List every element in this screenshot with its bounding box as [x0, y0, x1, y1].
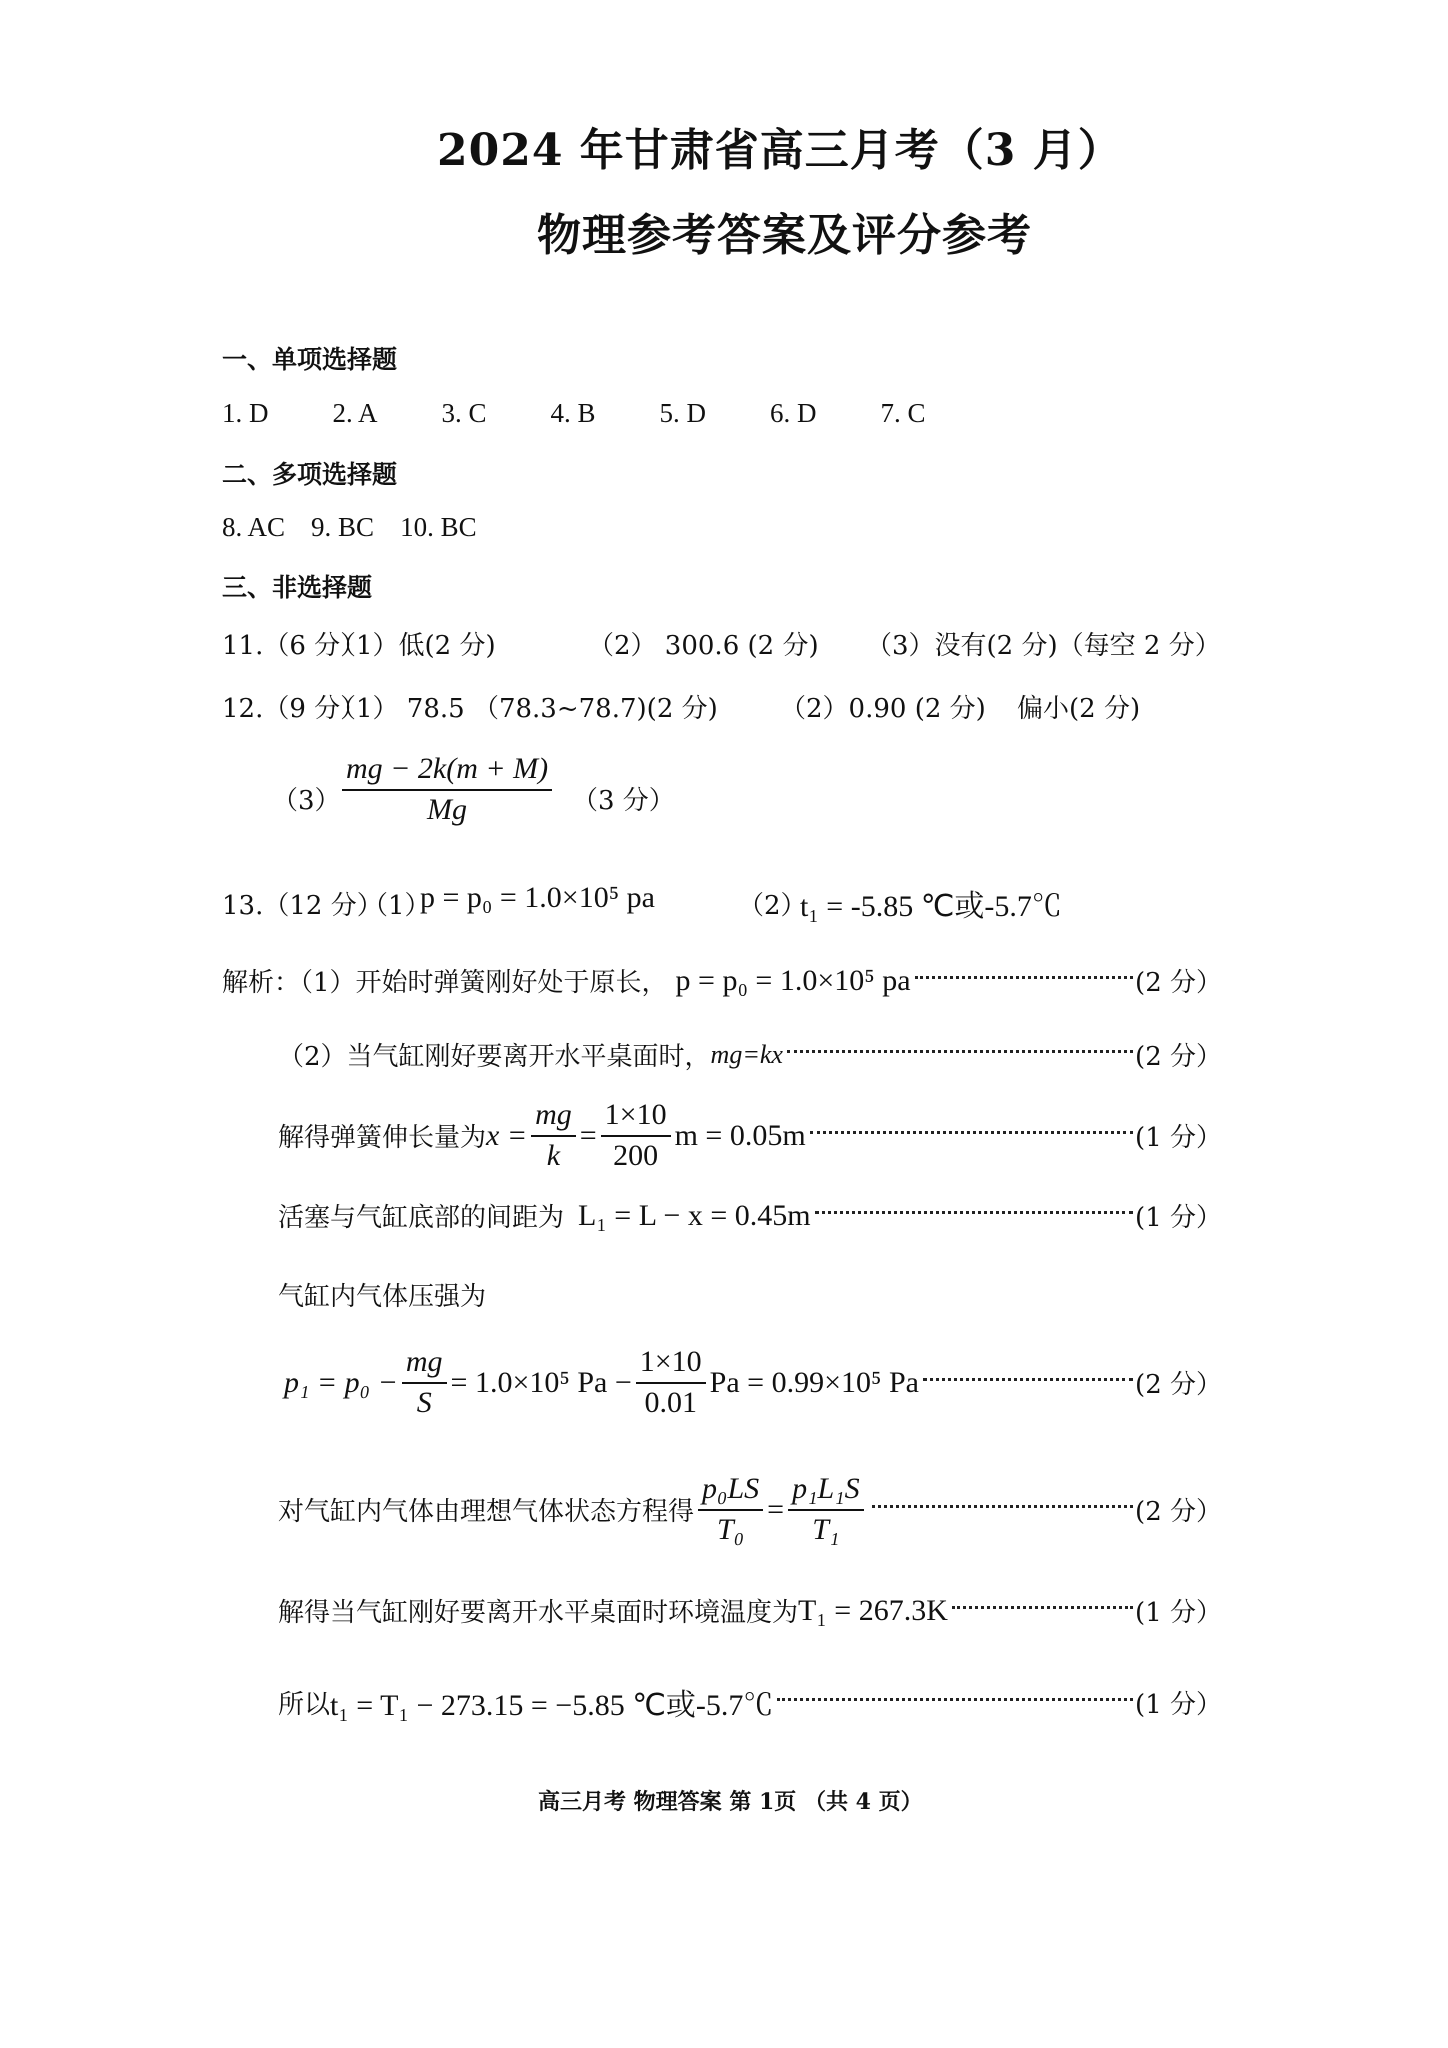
leader-dots	[952, 1606, 1133, 1609]
q12-part3-label: （3）	[272, 780, 341, 817]
analysis-line-7: 对气缸内气体由理想气体状态方程得 p₀LS T₀ = p₁L₁S T₁ (2 分…	[278, 1472, 1222, 1547]
q13-part2-answer: t₁ = -5.85 ℃或-5.7℃	[800, 881, 1062, 925]
analysis-4-text: 活塞与气缸底部的间距为	[278, 1197, 564, 1234]
single-choice-answers: 1. D2. A3. C4. B5. D6. D7. C	[222, 398, 990, 429]
analysis-line-1: 解析：（1）开始时弹簧刚好处于原长， p = p₀ = 1.0×10⁵ pa (…	[222, 962, 1222, 999]
q11-part1: （1）低(2 分)	[330, 625, 496, 662]
q11-part2: （2） 300.6 (2 分)	[588, 625, 819, 662]
answer-4: 4. B	[551, 398, 596, 429]
q13-part2-label: （2）	[738, 885, 807, 922]
fraction-denominator: S	[417, 1384, 432, 1421]
analysis-7-score: (2 分）	[1135, 1491, 1222, 1528]
leader-dots	[787, 1050, 1133, 1053]
answer-7: 7. C	[881, 398, 926, 429]
q12-part1: （1） 78.5 （78.3~78.7)(2 分)	[330, 688, 718, 725]
analysis-line-9: 所以 t₁ = T₁ − 273.15 = −5.85 ℃或-5.7℃ (1 分…	[278, 1680, 1222, 1724]
analysis-1-text: 解析：（1）开始时弹簧刚好处于原长，	[222, 962, 668, 999]
analysis-line-4: 活塞与气缸底部的间距为 L₁ = L − x = 0.45m (1 分）	[278, 1197, 1222, 1234]
analysis-2-text: （2）当气缸刚好要离开水平桌面时，	[278, 1036, 711, 1073]
leader-dots	[815, 1211, 1133, 1214]
fraction-numerator: mg	[531, 1098, 576, 1137]
leader-dots	[810, 1131, 1133, 1134]
analysis-3-text: 解得弹簧伸长量为	[278, 1117, 486, 1154]
multi-choice-answers: 8. AC9. BC10. BC	[222, 512, 503, 543]
section-heading-multi-choice: 二、多项选择题	[222, 455, 397, 491]
q11-part3: （3）没有(2 分)（每空 2 分）	[866, 625, 1221, 662]
analysis-6-math-mid: = 1.0×10⁵ Pa −	[451, 1366, 632, 1400]
answer-3: 3. C	[442, 398, 487, 429]
analysis-line-8: 解得当气缸刚好要离开水平桌面时环境温度为 T₁ = 267.3K (1 分）	[278, 1592, 1222, 1629]
leader-dots	[915, 976, 1134, 979]
answer-8: 8. AC	[222, 512, 285, 543]
answer-9: 9. BC	[311, 512, 374, 543]
analysis-6-math-pre: p₁ = p₀ −	[284, 1366, 398, 1400]
analysis-7-math-mid: =	[767, 1493, 784, 1527]
q12-part2b: 偏小(2 分)	[1017, 688, 1140, 725]
q12-part3-score: （3 分）	[572, 780, 675, 817]
fraction-denominator: T₁	[812, 1511, 839, 1548]
answer-2: 2. A	[333, 398, 378, 429]
leader-dots	[923, 1378, 1133, 1381]
analysis-7-text: 对气缸内气体由理想气体状态方程得	[278, 1491, 694, 1528]
analysis-3-math-pre: x =	[486, 1119, 527, 1153]
q12-part2: （2）0.90 (2 分)	[780, 688, 986, 725]
analysis-1-math: p = p₀ = 1.0×10⁵ pa	[676, 964, 911, 998]
analysis-2-score: (2 分）	[1135, 1036, 1222, 1073]
fraction-denominator: k	[547, 1137, 560, 1174]
answer-1: 1. D	[222, 398, 269, 429]
analysis-line-5: 气缸内气体压强为	[278, 1276, 486, 1313]
analysis-3-score: (1 分）	[1135, 1117, 1222, 1154]
page-subtitle: 物理参考答案及评分参考	[537, 199, 1032, 263]
fraction-denominator: 200	[613, 1137, 658, 1174]
fraction-numerator: 1×10	[636, 1345, 706, 1384]
answer-10: 10. BC	[400, 512, 477, 543]
analysis-line-2: （2）当气缸刚好要离开水平桌面时， mg=kx (2 分）	[278, 1036, 1222, 1073]
page-footer: 高三月考 物理答案 第 1页 （共 4 页）	[538, 1785, 923, 1816]
analysis-4-score: (1 分）	[1135, 1197, 1222, 1234]
analysis-8-text: 解得当气缸刚好要离开水平桌面时环境温度为	[278, 1592, 798, 1629]
q12-part3-formula: mg − 2k(m + M) Mg	[338, 752, 556, 827]
q13-label: 13.（12 分）	[222, 885, 383, 922]
analysis-2-math: mg=kx	[711, 1040, 783, 1070]
analysis-8-math: T₁ = 267.3K	[798, 1594, 948, 1628]
analysis-3-math-post: m = 0.05m	[675, 1119, 806, 1153]
analysis-1-score: (2 分）	[1135, 962, 1222, 999]
answer-6: 6. D	[770, 398, 817, 429]
answer-5: 5. D	[660, 398, 707, 429]
analysis-line-6: p₁ = p₀ − mg S = 1.0×10⁵ Pa − 1×10 0.01 …	[284, 1345, 1222, 1420]
analysis-6-math-post: Pa = 0.99×10⁵ Pa	[710, 1366, 919, 1400]
analysis-9-math: t₁ = T₁ − 273.15 = −5.85 ℃或-5.7℃	[330, 1680, 773, 1724]
fraction-numerator: p₁L₁S	[788, 1472, 864, 1511]
section-heading-single-choice: 一、单项选择题	[222, 340, 397, 376]
analysis-6-score: (2 分）	[1135, 1364, 1222, 1401]
leader-dots	[872, 1505, 1133, 1508]
analysis-8-score: (1 分）	[1135, 1592, 1222, 1629]
analysis-9-score: (1 分）	[1135, 1684, 1222, 1721]
fraction-denominator: 0.01	[644, 1384, 697, 1421]
page-title: 2024 年甘肃省高三月考（3 月）	[437, 114, 1123, 178]
section-heading-non-choice: 三、非选择题	[222, 568, 372, 604]
fraction-numerator: p₀LS	[698, 1472, 763, 1511]
q12-formula-denominator: Mg	[427, 791, 467, 828]
fraction-denominator: T₀	[717, 1511, 744, 1548]
fraction-numerator: mg	[402, 1345, 447, 1384]
q13-part1-answer: p = p₀ = 1.0×10⁵ pa	[420, 881, 655, 915]
leader-dots	[777, 1698, 1133, 1701]
q12-formula-numerator: mg − 2k(m + M)	[342, 752, 552, 791]
analysis-line-3: 解得弹簧伸长量为 x = mg k = 1×10 200 m = 0.05m (…	[278, 1098, 1222, 1173]
analysis-4-math: L₁ = L − x = 0.45m	[578, 1199, 811, 1233]
fraction-numerator: 1×10	[601, 1098, 671, 1137]
analysis-9-text: 所以	[278, 1684, 330, 1721]
